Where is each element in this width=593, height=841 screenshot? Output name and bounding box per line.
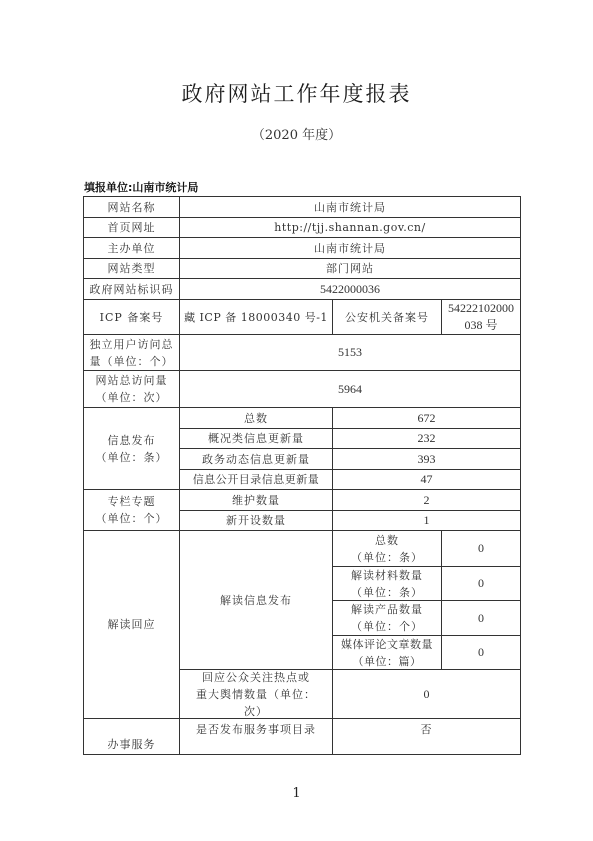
columns-maintained-value: 2 [333,490,520,510]
police-record-value-line2: 038 号 [464,317,497,334]
total-visits-label-line1: 网站总访问量 [96,372,168,389]
sponsor-label: 主办单位 [84,238,179,258]
unique-visitors-label: 独立用户访问总 量（单位：个） [84,335,179,370]
columns-label-line1: 专栏专题 [108,493,156,510]
public-response-label-line3: 次） [244,703,268,720]
interpretation-media-value: 0 [442,636,520,669]
interpretation-products-label: 解读产品数量 （单位：个） [333,601,441,635]
interpretation-products-label-line1: 解读产品数量 [351,601,423,618]
info-publish-catalog-label: 信息公开目录信息更新量 [180,470,332,489]
police-record-label: 公安机关备案号 [333,300,441,334]
interpretation-media-label-line1: 媒体评论文章数量 [341,636,433,653]
site-id-code-value: 5422000036 [180,279,520,299]
service-catalog-label: 是否发布服务事项目录 [180,719,332,754]
interpretation-total-label-line1: 总数 [375,532,399,549]
columns-new-label: 新开设数量 [180,511,332,530]
interpretation-materials-label-line2: （单位：条） [351,584,423,601]
columns-label-line2: （单位：个） [96,510,168,527]
columns-new-value: 1 [333,511,520,530]
police-record-value: 54222102000 038 号 [442,300,520,334]
total-visits-label: 网站总访问量 （单位：次） [84,371,179,407]
info-publish-news-label: 政务动态信息更新量 [180,449,332,469]
total-visits-label-line2: （单位：次） [96,389,168,406]
document-subtitle: （2020 年度） [0,124,593,143]
interpretation-media-label-line2: （单位：篇） [353,653,422,670]
unique-visitors-value: 5153 [180,335,520,370]
icp-label: ICP 备案号 [84,300,179,334]
interpretation-total-label-line2: （单位：条） [351,549,423,566]
public-response-label-line1: 回应公众关注热点或 [202,669,310,686]
public-response-label: 回应公众关注热点或 重大舆情数量（单位： 次） [180,670,332,718]
sponsor-value: 山南市统计局 [180,238,520,258]
interpretation-total-value: 0 [442,531,520,566]
info-publish-overview-value: 232 [333,429,520,448]
columns-maintained-label: 维护数量 [180,490,332,510]
public-response-value: 0 [333,670,520,718]
site-name-label: 网站名称 [84,197,179,217]
unique-visitors-label-line2: 量（单位：个） [90,353,174,370]
unique-visitors-label-line1: 独立用户访问总 [90,336,174,353]
total-visits-value: 5964 [180,371,520,407]
interpretation-materials-value: 0 [442,567,520,600]
police-record-value-line1: 54222102000 [448,300,514,317]
interpretation-media-label: 媒体评论文章数量 （单位：篇） [333,636,441,669]
page-number: 1 [0,786,593,801]
interpretation-materials-label: 解读材料数量 （单位：条） [333,567,441,600]
homepage-url-label: 首页网址 [84,218,179,237]
reporting-unit: 填报单位:山南市统计局 [84,179,198,195]
interpretation-total-label: 总数 （单位：条） [333,531,441,566]
interpretation-products-value: 0 [442,601,520,635]
info-publish-label-line1: 信息发布 [108,432,156,449]
info-publish-label-line2: （单位：条） [96,449,168,466]
services-label: 办事服务 [84,719,179,754]
icp-value: 藏 ICP 备 18000340 号-1 [180,300,332,334]
site-name-value: 山南市统计局 [180,197,520,217]
interpretation-publish-label: 解读信息发布 [180,531,332,669]
info-publish-catalog-value: 47 [333,470,520,489]
interpretation-materials-label-line1: 解读材料数量 [351,567,423,584]
info-publish-news-value: 393 [333,449,520,469]
info-publish-total-value: 672 [333,408,520,428]
public-response-label-line2: 重大舆情数量（单位： [196,686,316,703]
info-publish-overview-label: 概况类信息更新量 [180,429,332,448]
homepage-url-value[interactable]: http://tjj.shannan.gov.cn/ [180,218,520,237]
site-type-label: 网站类型 [84,259,179,278]
columns-label: 专栏专题 （单位：个） [84,490,179,530]
site-type-value: 部门网站 [180,259,520,278]
interpretation-label: 解读回应 [84,531,179,718]
site-id-code-label: 政府网站标识码 [84,279,179,299]
interpretation-products-label-line2: （单位：个） [351,618,423,635]
info-publish-label: 信息发布 （单位：条） [84,408,179,489]
service-catalog-value: 否 [333,719,520,754]
document-title: 政府网站工作年度报表 [0,78,593,108]
info-publish-total-label: 总数 [180,408,332,428]
